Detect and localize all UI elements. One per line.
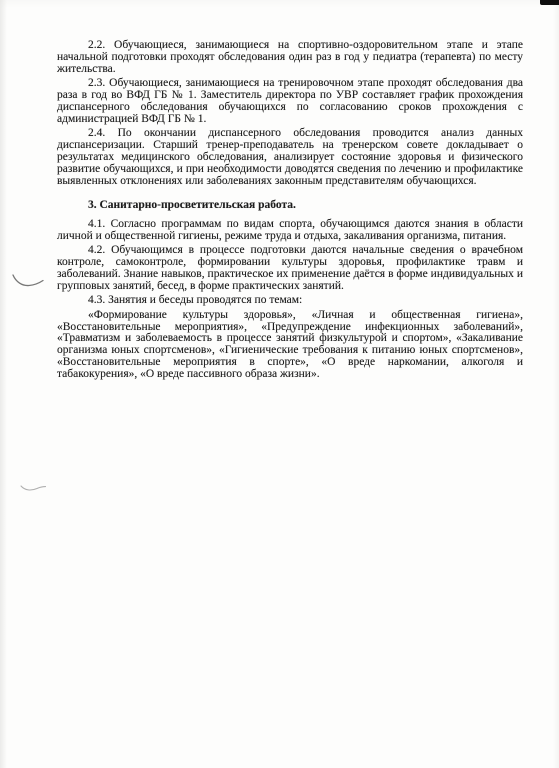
document-text-block: 2.2. Обучающиеся, занимающиеся на спорти… (57, 40, 523, 384)
pen-mark-icon (20, 482, 47, 493)
scanner-artifact-corner (540, 0, 559, 5)
paragraph-4-3: 4.3. Занятия и беседы проводятся по тема… (57, 295, 523, 307)
paragraph-2-4: 2.4. По окончании диспансерного обследов… (57, 128, 523, 188)
scanned-page: 2.2. Обучающиеся, занимающиеся на спорти… (0, 0, 559, 768)
section-heading-sanitary-education: 3. Санитарно-просветительская работа. (57, 200, 523, 212)
paragraph-2-2: 2.2. Обучающиеся, занимающиеся на спорти… (57, 40, 523, 76)
paragraph-4-1: 4.1. Согласно программам по видам спорта… (57, 219, 523, 243)
pen-mark-icon (11, 272, 45, 290)
paragraph-4-3-topics: «Формирование культуры здоровья», «Лична… (57, 310, 523, 381)
paragraph-2-3: 2.3. Обучающиеся, занимающиеся на тренир… (57, 78, 523, 126)
paragraph-4-2: 4.2. Обучающимся в процессе подготовки д… (57, 245, 523, 293)
